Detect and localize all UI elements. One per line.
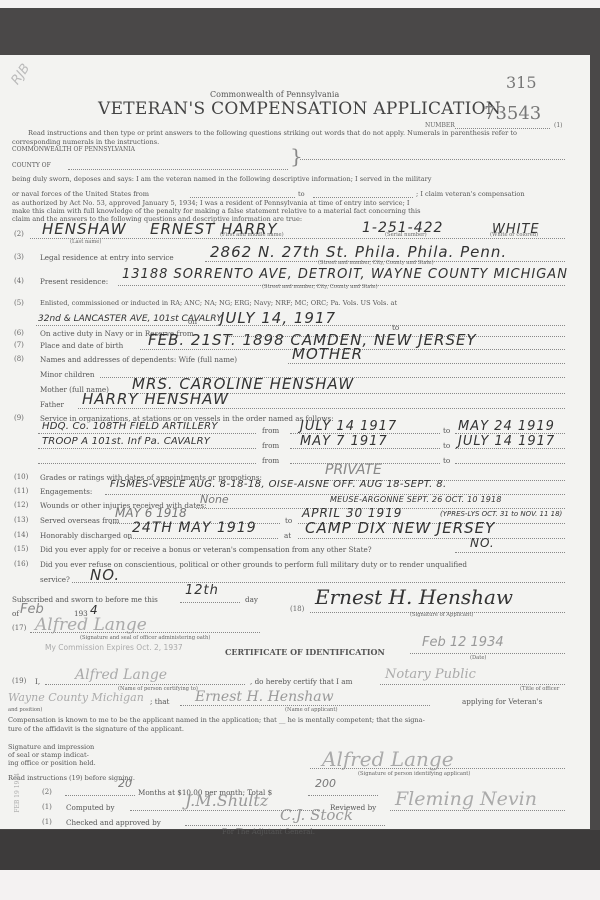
sworn-label: of [12,609,19,618]
question-number: (2) [14,230,24,238]
caption: (Date) [470,655,486,661]
pencil-mark: RJB [9,61,34,87]
caption: (Last name) [70,239,101,245]
question-number: (15) [14,545,28,553]
date-stamp: FEB 19 1934 [14,773,21,813]
engagements-value[interactable]: FISMES-VESLE AUG. 8-18-18, OISE-AISNE OF… [110,479,447,490]
read-instructions-label: Read instructions (19) before signing. [8,774,135,782]
oath-line: or naval forces of the United States fro… [12,190,149,198]
question-number: (10) [14,473,28,481]
seal-label: Signature and impression [8,743,94,751]
question-number: (8) [14,355,24,363]
certifier-name-value[interactable]: Alfred Lange [75,667,167,683]
oath-line: ; I claim veteran's compensation [416,190,525,198]
question-number: (18) [290,605,304,613]
field-label: I, [35,677,40,686]
field-label: at [284,531,291,540]
adjutant-footer: For The Adjutant General. [222,828,315,836]
number-ref: (1) [554,122,563,129]
other-state-value[interactable]: NO. [470,536,495,550]
checked-label: Checked and approved by [66,818,161,827]
field-label: from [262,441,279,450]
caption: (Signature and seal of officer administe… [80,635,210,641]
field-label: to [285,516,292,525]
application-number: 73543 [484,103,541,124]
question-number: (11) [14,487,28,495]
caption: (Name of applicant) [285,707,338,713]
caption: (Serial number) [385,232,427,238]
certificate-body: ture of the affidavit is the signature o… [8,725,184,733]
question-number: (3) [14,253,24,261]
seal-label: ing office or position held. [8,759,96,767]
field-label: Legal residence at entry into service [40,253,174,262]
service-to-value[interactable]: JULY 14 1917 [458,434,555,449]
service-to-value[interactable]: MAY 24 1919 [458,419,555,434]
field-label: to [443,456,450,465]
computed-by-signature[interactable]: J.M.Shultz [185,791,268,810]
county-field[interactable] [68,169,288,170]
question-number: (2) [42,788,52,796]
commonwealth-heading: Commonwealth of Pennsylvania [210,90,339,99]
caption: and position) [8,707,42,713]
grade-value[interactable]: PRIVATE [325,462,382,478]
engagements-value-3[interactable]: (YPRES-LYS OCT. 31 to NOV. 11 18) [440,510,562,518]
wounds-value[interactable]: None [200,493,229,506]
field-label: Present residence: [40,277,108,286]
oath-line: to [298,190,305,198]
service-org-value[interactable]: TROOP A 101st. Inf Pa. CAVALRY [42,436,210,447]
sworn-label: day [245,595,258,604]
caption: (Street and number, City, County and Sta… [318,260,434,266]
present-residence-value[interactable]: 13188 SORRENTO AVE, DETROIT, WAYNE COUNT… [122,267,568,282]
wife-value[interactable]: MOTHER [292,345,363,363]
field-label: Enlisted, commissioned or inducted in RA… [40,299,397,307]
sworn-day-value[interactable]: 12th [185,583,219,598]
field-label: Engagements: [40,487,92,496]
field-label: Father [40,400,64,409]
field-label: to [443,441,450,450]
question-number: (13) [14,516,28,524]
field-label: from [262,426,279,435]
computed-label: Computed by [66,803,115,812]
checked-by-signature[interactable]: C.J. Stock [280,806,353,824]
caption: (Signature of person identifying applica… [358,771,470,777]
field-label: service? [40,575,70,584]
question-number: (1) [42,818,52,826]
months-value[interactable]: 20 [118,777,132,790]
field-label: Place and date of birth [40,341,123,350]
page-title: VETERAN'S COMPENSATION APPLICATION [98,99,501,119]
field-label: Names and addresses of dependents: Wife … [40,355,237,364]
field-label: applying for Veteran's [462,697,542,706]
field-label: Served overseas from [40,516,119,525]
certificate-title: CERTIFICATE OF IDENTIFICATION [225,647,385,657]
question-number: (7) [14,341,24,349]
venue-commonwealth: COMMONWEALTH OF PENNSYLVANIA [12,146,135,153]
certificate-body: Compensation is known to me to be the ap… [8,716,425,724]
oath-line: being duly sworn, deposes and says: I am… [12,175,432,183]
certifier-title-value[interactable]: Notary Public [385,667,476,682]
field-label: ; that [150,697,169,706]
question-number: (17) [12,624,26,632]
caption: (White or colored) [490,232,538,238]
seal-label: of seal or stamp indicat- [8,751,89,759]
field-label: , do hereby certify that I am [250,677,352,686]
total-value[interactable]: 200 [315,777,336,790]
caption: (Signature of Applicant) [410,612,473,618]
page-number: 315 [506,73,537,92]
question-number: (9) [14,414,24,422]
caption: (Title of officer [520,686,559,692]
field-label: from [262,456,279,465]
certifier-position-value[interactable]: Wayne County Michigan [8,691,144,704]
discharge-date-value[interactable]: 24TH MAY 1919 [132,520,257,536]
question-number: (12) [14,501,28,509]
service-from-value[interactable]: MAY 7 1917 [300,434,388,449]
venue-county-label: COUNTY OF [12,162,51,169]
identified-applicant-value[interactable]: Ernest H. Henshaw [195,689,334,705]
certificate-date-value[interactable]: Feb 12 1934 [422,635,504,650]
engagements-value-2[interactable]: MEUSE-ARGONNE SEPT. 26 OCT. 10 1918 [330,495,502,504]
field-label: Honorably discharged on [40,531,132,540]
legal-residence-value[interactable]: 2862 N. 27th St. Phila. Phila. Penn. [210,243,507,261]
number-label: NUMBER [425,122,455,129]
last-name-value[interactable]: HENSHAW [42,220,127,238]
overseas-to-value[interactable]: APRIL 30 1919 [302,506,402,520]
question-number: (16) [14,560,28,568]
question-number: (19) [12,677,26,685]
field-label: to [443,426,450,435]
reviewed-by-signature[interactable]: Fleming Nevin [395,788,537,810]
dark-backing-board-bottom [0,830,600,870]
caption: (Street and number, City, County and Sta… [262,284,378,290]
question-number: (1) [42,803,52,811]
discharge-place-value[interactable]: CAMP DIX NEW JERSEY [305,519,495,537]
field-label: Did you ever apply for or receive a bonu… [40,545,372,554]
father-value[interactable]: HARRY HENSHAW [82,390,229,408]
question-number: (4) [14,277,24,285]
question-number: (14) [14,531,28,539]
service-from-value[interactable]: JULY 14 1917 [300,419,397,434]
field-label: Minor children [40,370,95,379]
commission-stamp: My Commission Expires Oct. 2, 1937 [45,643,183,652]
overseas-from-value[interactable]: MAY 6 1918 [115,506,187,520]
oath-line: make this claim with full knowledge of t… [12,207,420,215]
application-document: RJB 315 Commonwealth of Pennsylvania VET… [0,55,590,829]
caption: (First and middle name) [220,232,284,238]
question-number: (5) [14,299,24,307]
applicant-signature[interactable]: Ernest H. Henshaw [315,585,513,609]
question-number: (6) [14,329,24,337]
oath-line: as authorized by Act No. 53, approved Ja… [12,199,410,207]
service-org-value[interactable]: HDQ. Co. 108TH FIELD ARTILLERY [42,421,218,432]
